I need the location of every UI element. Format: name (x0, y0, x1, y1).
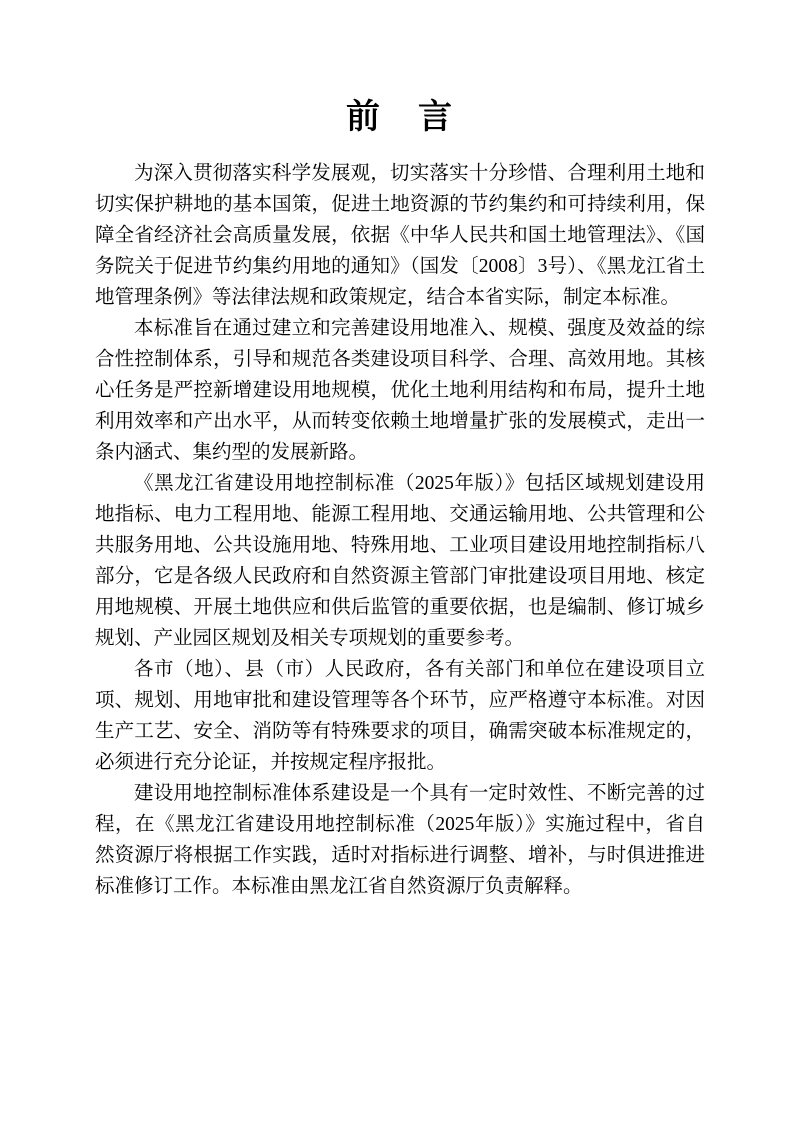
preface-paragraph-5: 建设用地控制标准体系建设是一个具有一定时效性、不断完善的过程，在《黑龙江省建设用… (95, 778, 705, 902)
preface-paragraph-2: 本标准旨在通过建立和完善建设用地准入、规模、强度及效益的综合性控制体系，引导和规… (95, 313, 705, 468)
page-title: 前 言 (0, 0, 800, 139)
preface-paragraph-3: 《黑龙江省建设用地控制标准（2025年版）》包括区域规划建设用地指标、电力工程用… (95, 468, 705, 654)
document-page: 前 言 为深入贯彻落实科学发展观，切实落实十分珍惜、合理利用土地和切实保护耕地的… (0, 0, 800, 1132)
preface-body: 为深入贯彻落实科学发展观，切实落实十分珍惜、合理利用土地和切实保护耕地的基本国策… (0, 158, 800, 902)
preface-paragraph-1: 为深入贯彻落实科学发展观，切实落实十分珍惜、合理利用土地和切实保护耕地的基本国策… (95, 158, 705, 313)
preface-paragraph-4: 各市（地）、县（市）人民政府，各有关部门和单位在建设项目立项、规划、用地审批和建… (95, 654, 705, 778)
